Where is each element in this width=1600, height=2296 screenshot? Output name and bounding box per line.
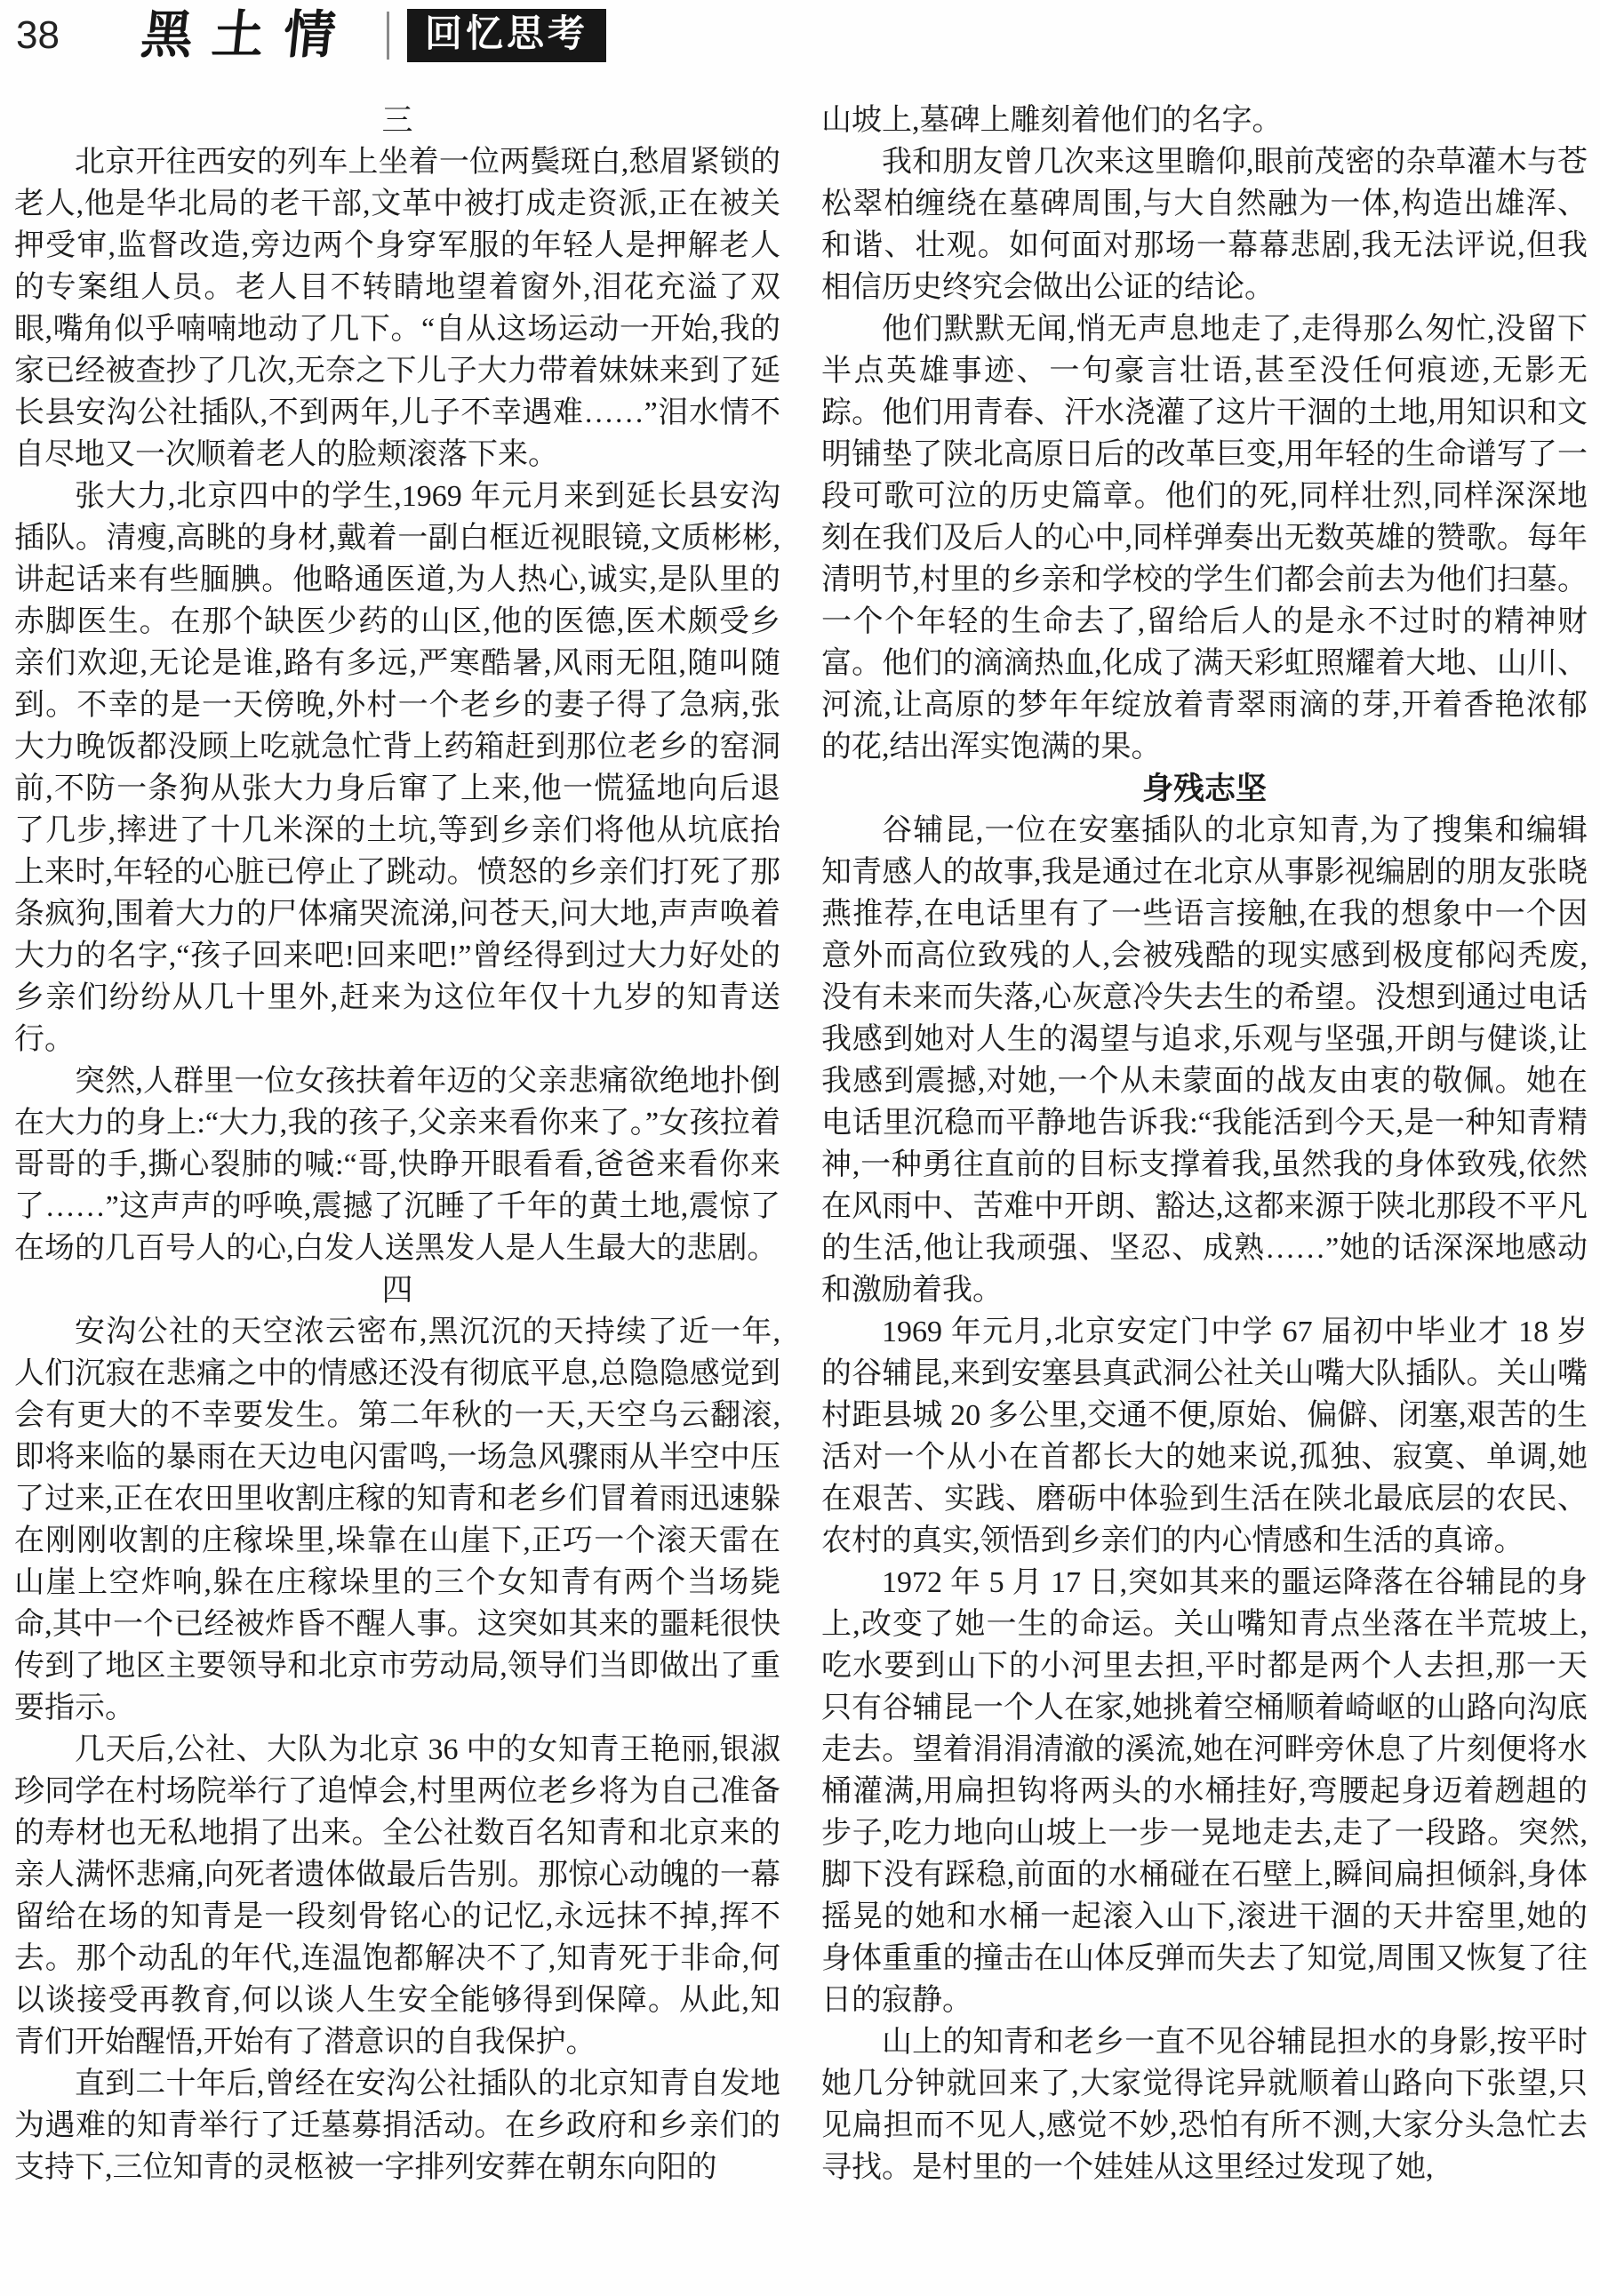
column-tag: 回忆思考: [407, 9, 606, 62]
magazine-page: 38 黑土情 回忆思考 三北京开往西安的列车上坐着一位两鬓斑白,愁眉紧锁的老人,…: [0, 0, 1600, 2296]
paragraph: 直到二十年后,曾经在安沟公社插队的北京知青自发地为遇难的知青举行了迁墓募捐活动。…: [14, 2063, 780, 2188]
paragraph: 山上的知青和老乡一直不见谷辅昆担水的身影,按平时她几分钟就回来了,大家觉得诧异就…: [821, 2021, 1588, 2188]
header-divider: [387, 12, 389, 60]
paragraph: 他们默默无闻,悄无声息地走了,走得那么匆忙,没留下半点英雄事迹、一句豪言壮语,甚…: [821, 308, 1588, 768]
section-title-heading: 身残志坚: [821, 768, 1588, 810]
page-header: 38 黑土情 回忆思考: [0, 0, 1600, 64]
right-column: 山坡上,墓碑上雕刻着他们的名字。我和朋友曾几次来这里瞻仰,眼前茂密的杂草灌木与苍…: [821, 100, 1588, 2188]
paragraph: 突然,人群里一位女孩扶着年迈的父亲悲痛欲绝地扑倒在大力的身上:“大力,我的孩子,…: [14, 1060, 780, 1269]
left-column: 三北京开往西安的列车上坐着一位两鬓斑白,愁眉紧锁的老人,他是华北局的老干部,文革…: [14, 100, 780, 2188]
paragraph: 我和朋友曾几次来这里瞻仰,眼前茂密的杂草灌木与苍松翠柏缠绕在墓碑周围,与大自然融…: [821, 141, 1588, 308]
paragraph: 1969 年元月,北京安定门中学 67 届初中毕业才 18 岁的谷辅昆,来到安塞…: [821, 1311, 1588, 1562]
paragraph: 山坡上,墓碑上雕刻着他们的名字。: [821, 100, 1588, 141]
magazine-logo: 黑土情: [139, 10, 357, 61]
page-number: 38: [16, 16, 60, 55]
paragraph: 谷辅昆,一位在安塞插队的北京知青,为了搜集和编辑知青感人的故事,我是通过在北京从…: [821, 810, 1588, 1311]
paragraph: 张大力,北京四中的学生,1969 年元月来到延长县安沟插队。清瘦,高眺的身材,戴…: [14, 476, 780, 1060]
section-number-heading: 四: [14, 1269, 780, 1311]
paragraph: 几天后,公社、大队为北京 36 中的女知青王艳丽,银淑珍同学在村场院举行了追悼会…: [14, 1729, 780, 2063]
section-number-heading: 三: [14, 100, 780, 141]
paragraph: 1972 年 5 月 17 日,突如其来的噩运降落在谷辅昆的身上,改变了她一生的…: [821, 1562, 1588, 2021]
paragraph: 安沟公社的天空浓云密布,黑沉沉的天持续了近一年,人们沉寂在悲痛之中的情感还没有彻…: [14, 1311, 780, 1729]
paragraph: 北京开往西安的列车上坐着一位两鬓斑白,愁眉紧锁的老人,他是华北局的老干部,文革中…: [14, 141, 780, 476]
article-body: 三北京开往西安的列车上坐着一位两鬓斑白,愁眉紧锁的老人,他是华北局的老干部,文革…: [0, 64, 1600, 2188]
